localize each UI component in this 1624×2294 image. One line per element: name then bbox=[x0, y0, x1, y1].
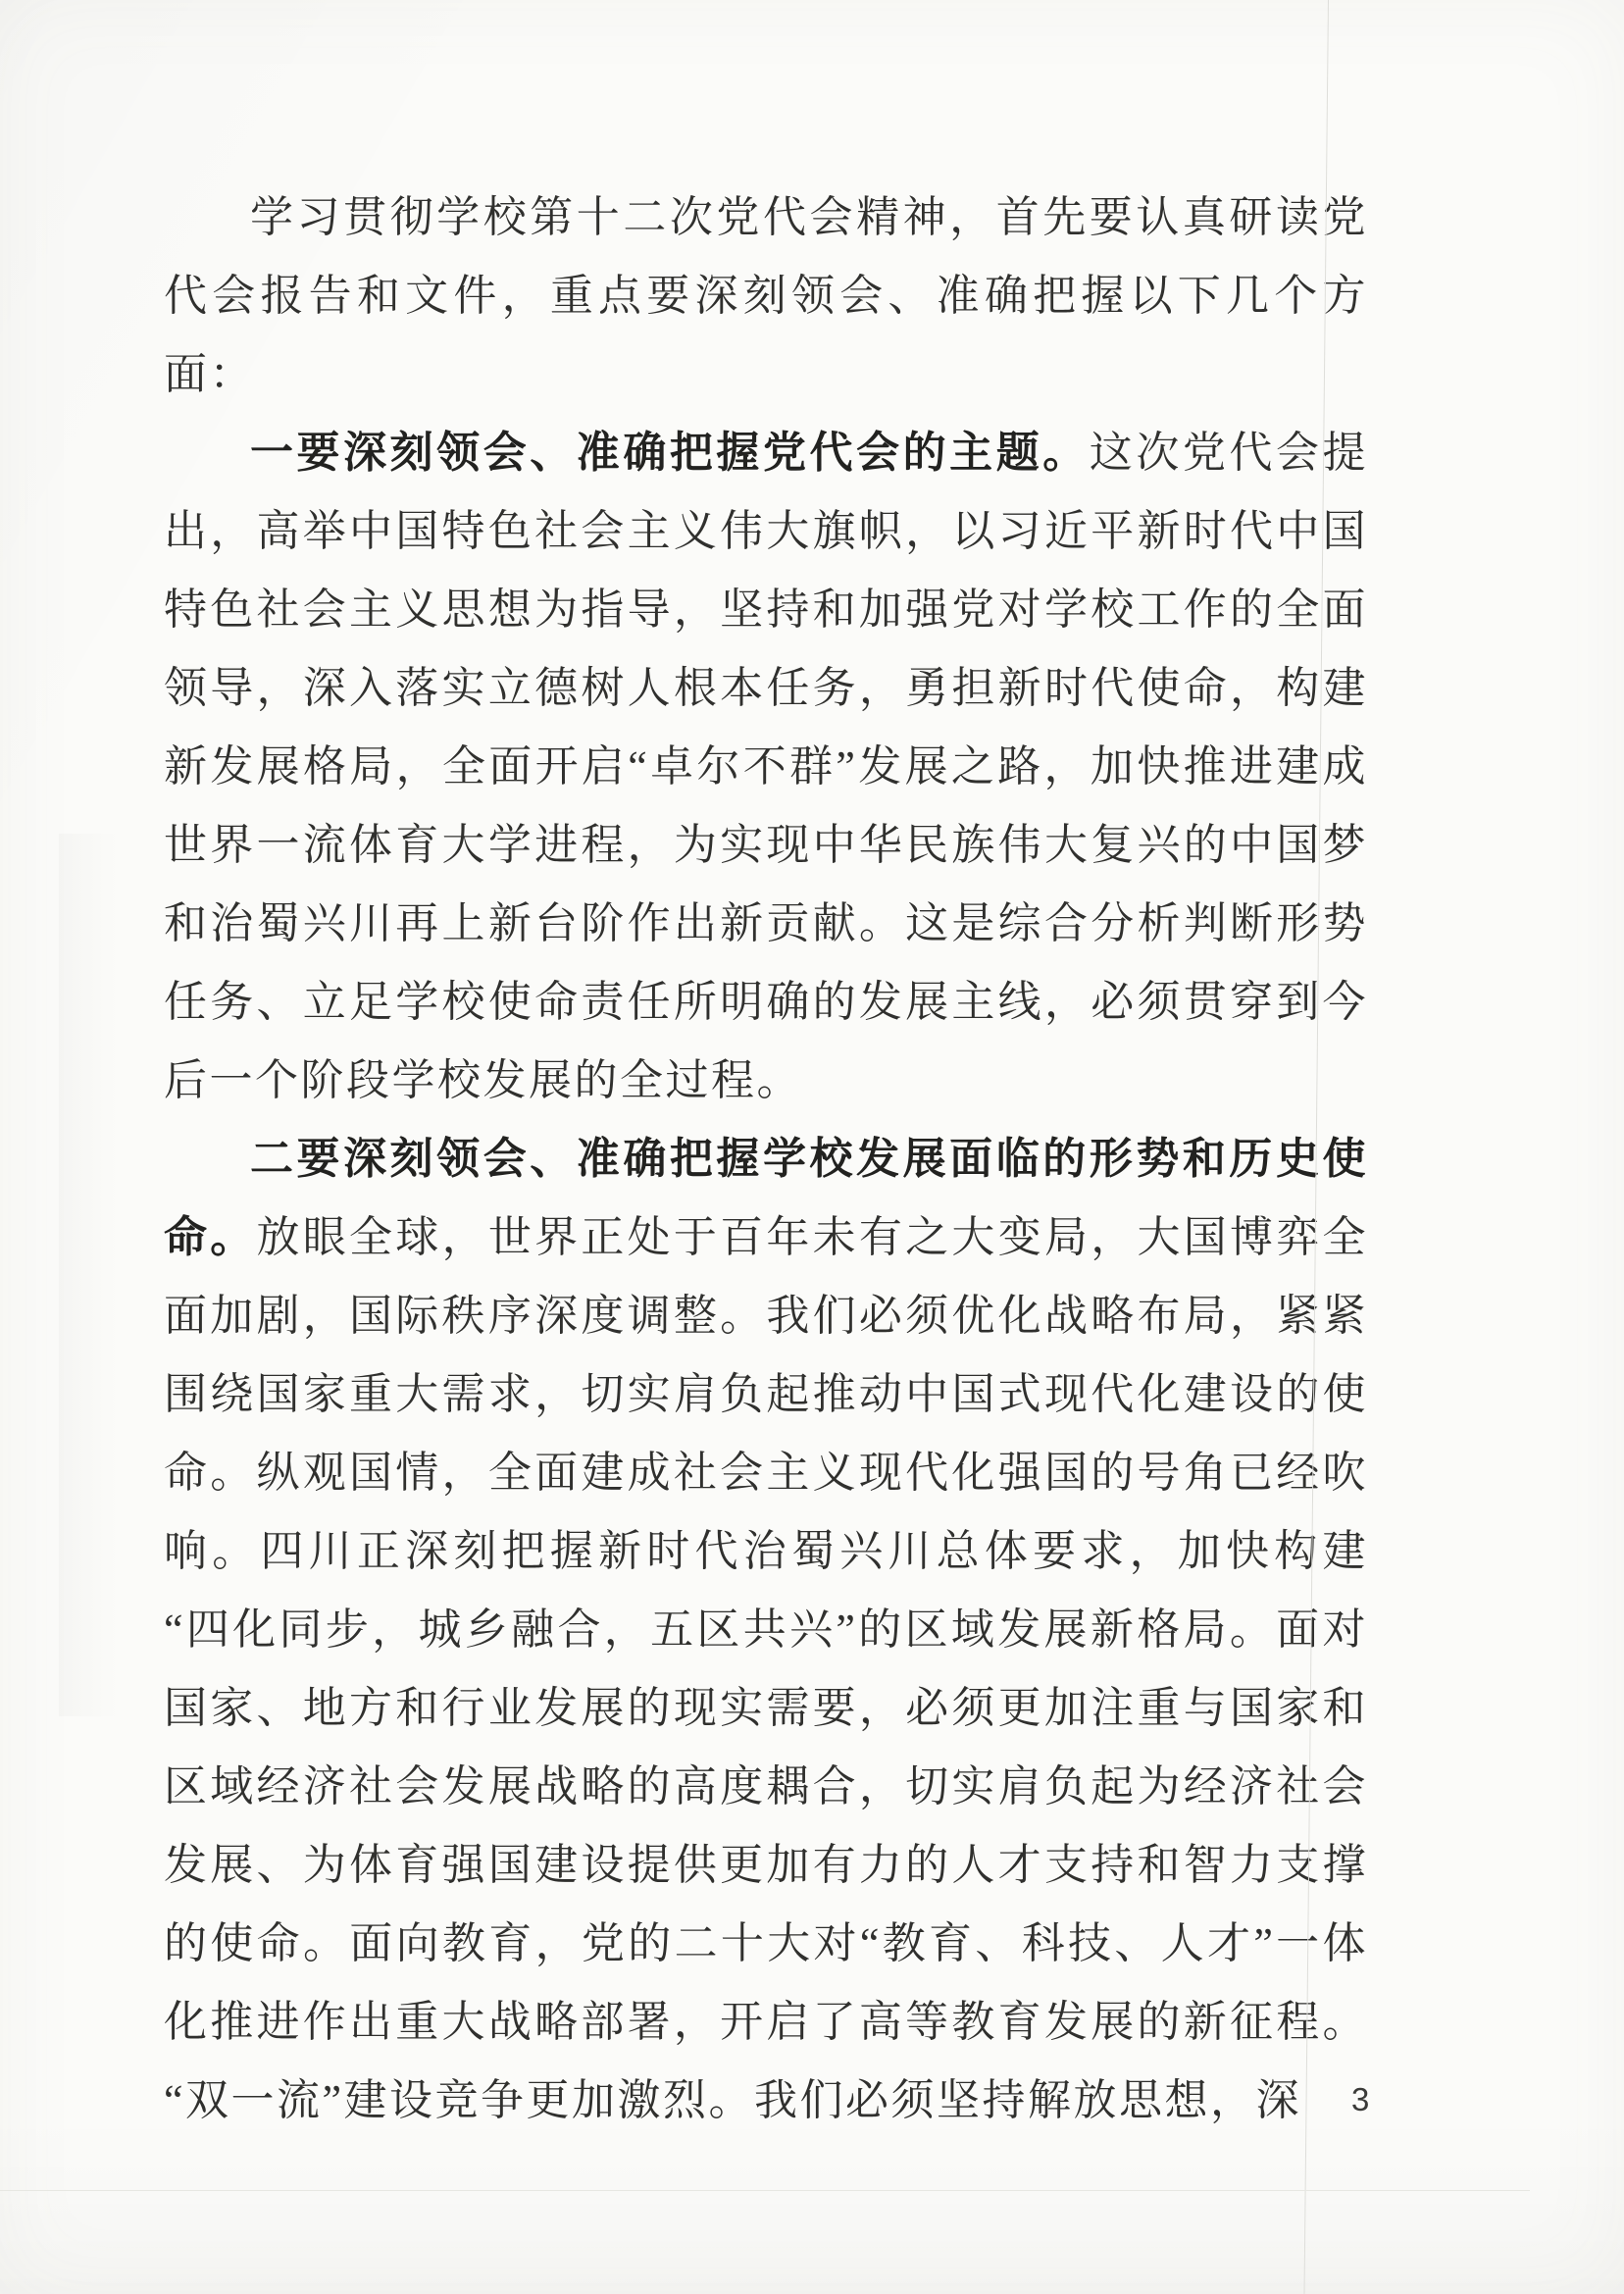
paragraph-point-two: 二要深刻领会、准确把握学校发展面临的形势和历史使命。放眼全球，世界正处于百年未有… bbox=[164, 1120, 1368, 2140]
paragraph-point-one-heading: 一要深刻领会、准确把握党代会的主题。 bbox=[250, 429, 1090, 477]
document-body: 学习贯彻学校第十二次党代会精神，首先要认真研读党代会报告和文件，重点要深刻领会、… bbox=[164, 178, 1368, 2140]
scan-smudge-artifact bbox=[59, 834, 118, 1716]
paragraph-point-one-text: 这次党代会提出，高举中国特色社会主义伟大旗帜，以习近平新时代中国特色社会主义思想… bbox=[164, 429, 1368, 1104]
paragraph-intro: 学习贯彻学校第十二次党代会精神，首先要认真研读党代会报告和文件，重点要深刻领会、… bbox=[164, 178, 1368, 414]
paragraph-point-two-text: 放眼全球，世界正处于百年未有之大变局，大国博弈全面加剧，国际秩序深度调整。我们必… bbox=[164, 1213, 1368, 2124]
page-number: 3 bbox=[1351, 2081, 1369, 2118]
scanned-document-page: 学习贯彻学校第十二次党代会精神，首先要认真研读党代会报告和文件，重点要深刻领会、… bbox=[0, 0, 1624, 2294]
paragraph-point-one: 一要深刻领会、准确把握党代会的主题。这次党代会提出，高举中国特色社会主义伟大旗帜… bbox=[164, 414, 1368, 1120]
scan-horizontal-line-artifact bbox=[0, 2190, 1530, 2191]
paragraph-intro-text: 学习贯彻学校第十二次党代会精神，首先要认真研读党代会报告和文件，重点要深刻领会、… bbox=[164, 193, 1368, 398]
